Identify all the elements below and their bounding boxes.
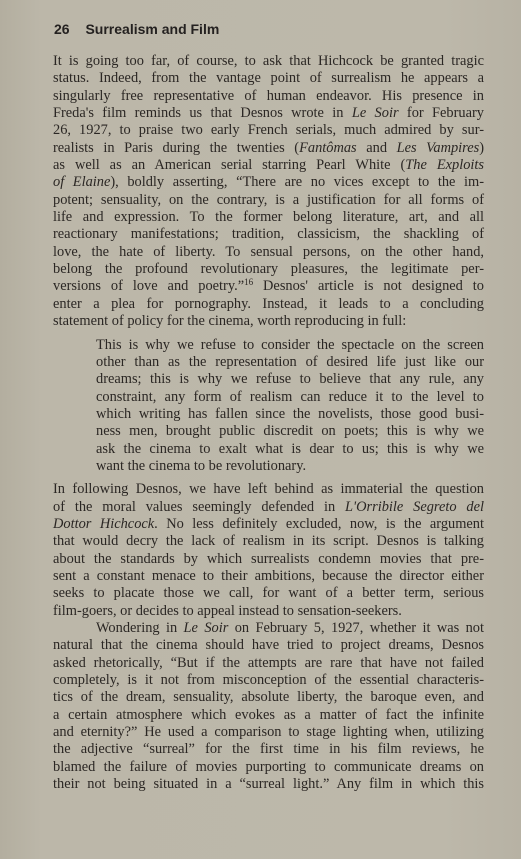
text-line: status. Indeed, from the vantage point o… [53,70,484,87]
paragraph-2: In following Desnos, we have left behind… [53,481,484,620]
paragraph-3: Wondering in Le Soir on February 5, 1927… [53,620,484,793]
text-line: Wondering in Le Soir on February 5, 1927… [53,620,484,637]
film-title: L'Orribile Segreto del [345,499,484,515]
text-segment: ) [479,140,484,156]
text-segment: Desnos' article is not designed to [253,278,484,294]
text-line: of the moral values seemingly defended i… [53,499,484,516]
text-line: Dottor Hichcock. No less definitely excl… [53,516,484,533]
text-line: the adjective “surreal” for the first ti… [53,741,484,758]
text-line: love, the hate of liberty. To sensual pe… [53,244,484,261]
text-line: of Elaine), boldly asserting, “There are… [53,174,484,191]
quote-line: want the cinema to be revolutionary. [96,458,484,475]
text-segment: on February 5, 1927, whether it was not [228,620,484,636]
quote-line: ask the cinema to exalt what is dear to … [96,441,484,458]
text-line: singularly free representative of human … [53,88,484,105]
page-number: 26 [54,21,70,37]
text-line: film-goers, or decides to appeal instead… [53,603,484,620]
text-line: life and expression. To the former belon… [53,209,484,226]
text-line: reactionary manifestations; tradition, c… [53,226,484,243]
paragraph-1: It is going too far, of course, to ask t… [53,53,484,331]
text-line: 26, 1927, to praise two early French ser… [53,122,484,139]
newspaper-title: Le Soir [184,620,229,636]
text-line: tics of the dream, sensuality, absolute … [53,689,484,706]
quote-line: which writing has fallen since the novel… [96,406,484,423]
text-line: enter a plea for pornography. Instead, i… [53,296,484,313]
text-line: In following Desnos, we have left behind… [53,481,484,498]
text-line: completely, is it not from misconception… [53,672,484,689]
text-segment: for February [399,105,484,121]
text-line: that would decry the lack of realism in … [53,533,484,550]
text-segment: and [357,140,397,156]
text-line: as well as an American serial starring P… [53,157,484,174]
newspaper-title: Le Soir [352,105,399,121]
text-segment: versions of love and poetry.” [53,278,244,294]
text-line: potent; sensuality, on the contrary, is … [53,192,484,209]
text-line: and eternity?” He used a comparison to s… [53,724,484,741]
quote-line: other than as the representation of desi… [96,354,484,371]
text-segment: . No less definitely excluded, now, is t… [154,516,484,532]
film-title: Les Vampires [397,140,480,156]
block-quote: This is why we refuse to consider the sp… [96,337,484,476]
page-body: It is going too far, of course, to ask t… [53,53,484,793]
text-line: It is going too far, of course, to ask t… [53,53,484,70]
text-line: Freda's film reminds us that Desnos wrot… [53,105,484,122]
quote-line: This is why we refuse to consider the sp… [96,337,484,354]
text-line: blamed the failure of movies purporting … [53,759,484,776]
text-line: versions of love and poetry.”16 Desnos' … [53,278,484,295]
running-title: Surrealism and Film [85,21,219,37]
text-line: realists in Paris during the twenties (F… [53,140,484,157]
film-title: of Elaine [53,174,110,190]
text-line: asked rhetorically, “But if the attempts… [53,655,484,672]
footnote-marker: 16 [244,277,253,287]
quote-line: ness men, brought public discredit on po… [96,423,484,440]
text-segment: Wondering in [96,620,184,636]
text-segment: as well as an American serial starring P… [53,157,405,173]
film-title: Fantômas [299,140,357,156]
text-line: seeks to placate those we call, for want… [53,585,484,602]
text-segment: realists in Paris during the twenties ( [53,140,299,156]
text-line: statement of policy for the cinema, wort… [53,313,484,330]
text-line: a certain atmosphere which evokes as a m… [53,707,484,724]
text-segment: Freda's film reminds us that Desnos wrot… [53,105,352,121]
film-title: The Exploits [405,157,484,173]
text-line: about the standards by which surrealists… [53,551,484,568]
text-segment: ), boldly asserting, “There are no vices… [110,174,484,190]
quote-line: dreams; this is why we refuse to believe… [96,371,484,388]
text-line: their not being situated in a “surreal l… [53,776,484,793]
text-segment: of the moral values seemingly defended i… [53,499,345,515]
quote-line: constraint, any form of realism can redu… [96,389,484,406]
text-line: sent a constant menace to their ambition… [53,568,484,585]
text-line: natural that the cinema should have trie… [53,637,484,654]
running-header: 26 Surrealism and Film [54,21,219,37]
text-line: belong the profound revolutionary pleasu… [53,261,484,278]
film-title: Dottor Hichcock [53,516,154,532]
